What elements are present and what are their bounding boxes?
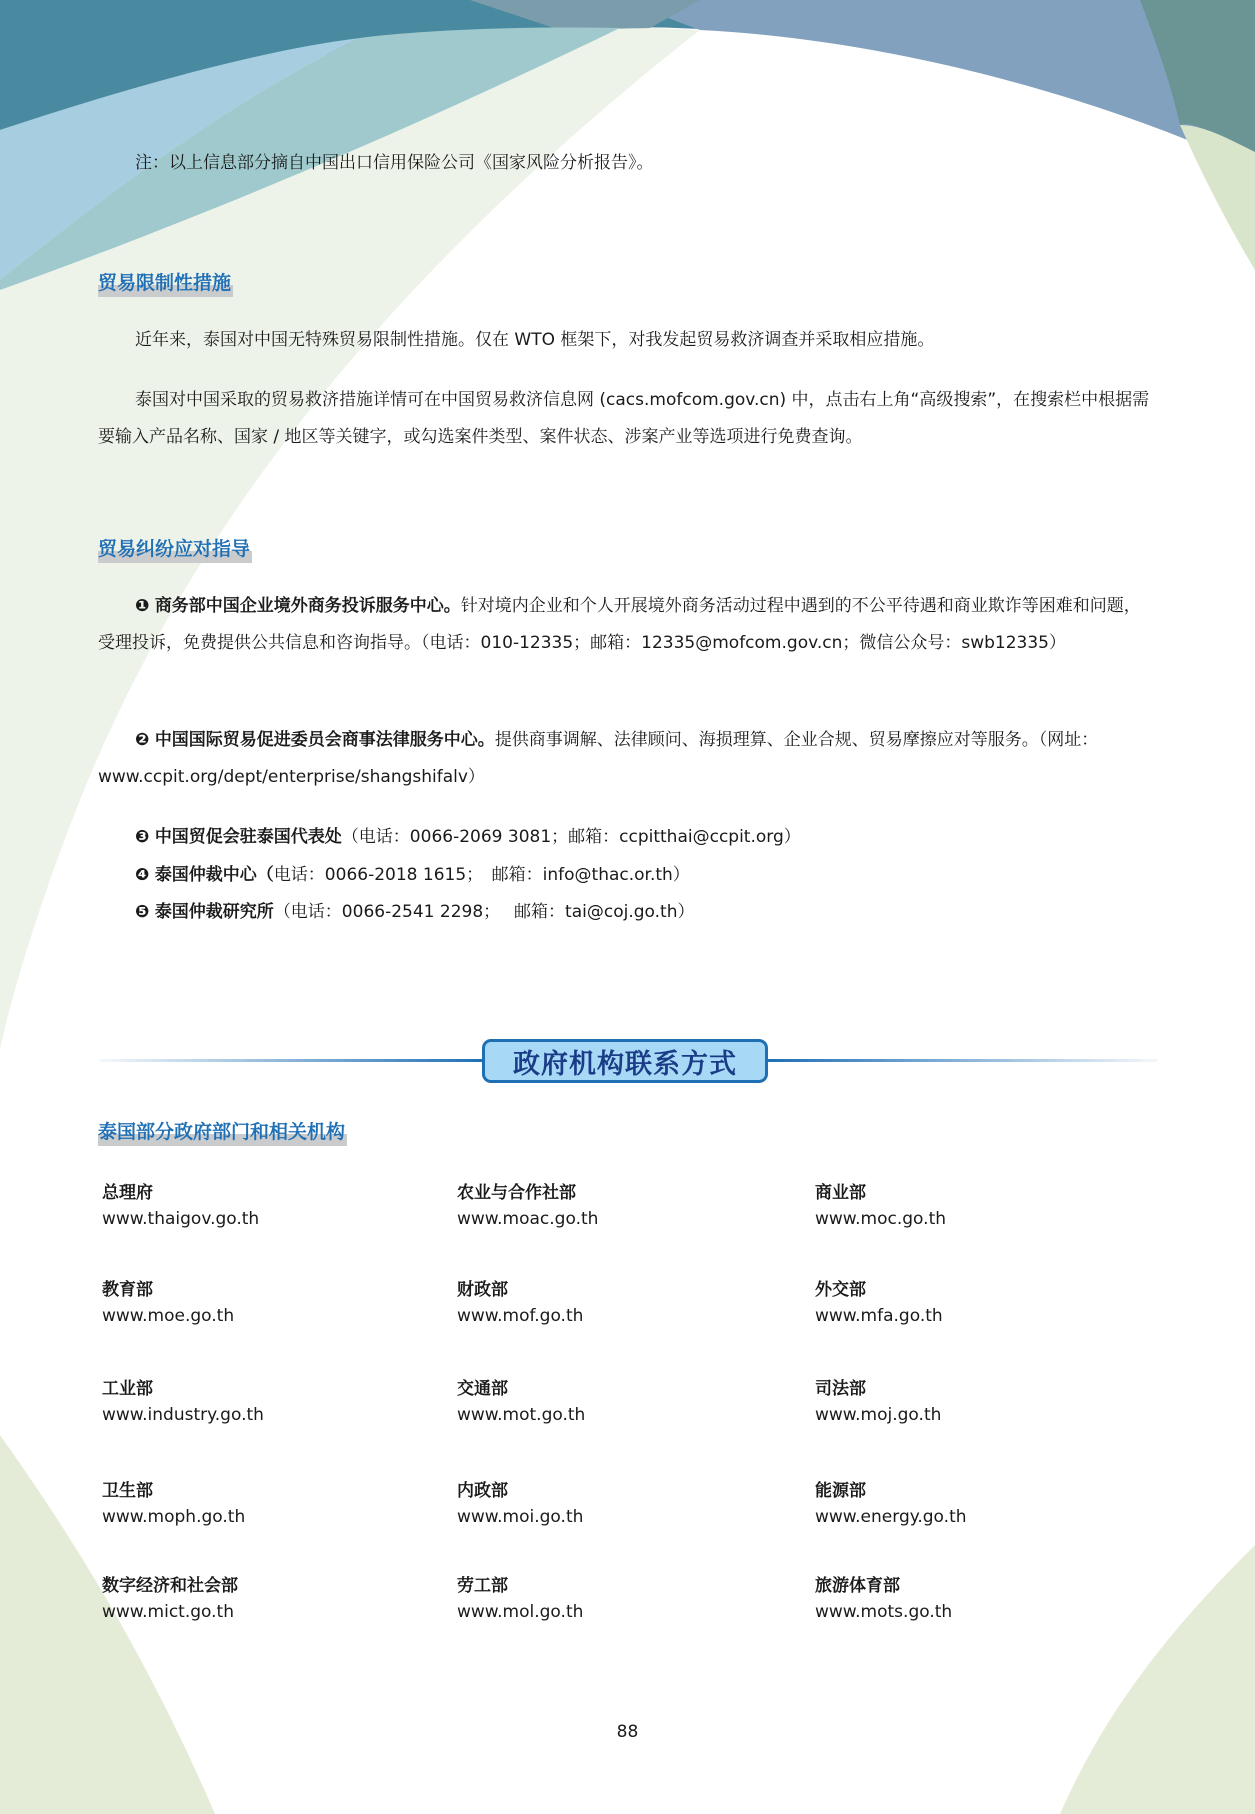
agency-item: 商业部 www.moc.go.th (815, 1180, 1155, 1232)
banner-divider-left (100, 1059, 485, 1062)
guidance-item-4-title: 泰国仲裁中心（ (155, 865, 274, 885)
item-marker-3: ❸ (135, 827, 149, 847)
item-marker-2: ❷ (135, 730, 149, 750)
agency-url[interactable]: www.mol.go.th (457, 1599, 797, 1625)
banner-divider-right (768, 1059, 1158, 1062)
agency-name: 外交部 (815, 1277, 1155, 1303)
section-heading-trade-restrictions: 贸易限制性措施 (98, 270, 233, 297)
agency-url[interactable]: www.thaigov.go.th (102, 1206, 442, 1232)
source-note: 注：以上信息部分摘自中国出口信用保险公司《国家风险分析报告》。 (135, 148, 654, 173)
agency-name: 商业部 (815, 1180, 1155, 1206)
agency-name: 旅游体育部 (815, 1573, 1155, 1599)
agency-url[interactable]: www.mots.go.th (815, 1599, 1155, 1625)
guidance-item-1: ❶ 商务部中国企业境外商务投诉服务中心。针对境内企业和个人开展境外商务活动过程中… (98, 588, 1156, 662)
guidance-item-5-text: （电话：0066-2541 2298； 邮箱：tai@coj.go.th） (274, 902, 695, 922)
page-number: 88 (0, 1722, 1255, 1742)
agency-url[interactable]: www.industry.go.th (102, 1402, 442, 1428)
agency-item: 数字经济和社会部 www.mict.go.th (102, 1573, 442, 1625)
agency-item: 司法部 www.moj.go.th (815, 1376, 1155, 1428)
agency-url[interactable]: www.mot.go.th (457, 1402, 797, 1428)
agency-url[interactable]: www.mfa.go.th (815, 1303, 1155, 1329)
agency-name: 劳工部 (457, 1573, 797, 1599)
agency-item: 教育部 www.moe.go.th (102, 1277, 442, 1329)
guidance-item-3: ❸ 中国贸促会驻泰国代表处（电话：0066-2069 3081；邮箱：ccpit… (135, 819, 801, 856)
section-heading-agencies: 泰国部分政府部门和相关机构 (98, 1119, 347, 1146)
agency-item: 工业部 www.industry.go.th (102, 1376, 442, 1428)
guidance-item-2: ❷ 中国国际贸易促进委员会商事法律服务中心。提供商事调解、法律顾问、海损理算、企… (98, 722, 1156, 796)
guidance-item-2-title: 中国国际贸易促进委员会商事法律服务中心。 (155, 730, 495, 750)
guidance-item-4: ❹ 泰国仲裁中心（电话：0066-2018 1615； 邮箱：info@thac… (135, 857, 690, 894)
agency-name: 交通部 (457, 1376, 797, 1402)
item-marker-4: ❹ (135, 865, 149, 885)
trade-restrictions-paragraph-2: 泰国对中国采取的贸易救济措施详情可在中国贸易救济信息网 (cacs.mofcom… (98, 382, 1156, 456)
agency-url[interactable]: www.energy.go.th (815, 1504, 1155, 1530)
agency-url[interactable]: www.moph.go.th (102, 1504, 442, 1530)
guidance-item-3-text: （电话：0066-2069 3081；邮箱：ccpitthai@ccpit.or… (342, 827, 801, 847)
agency-name: 数字经济和社会部 (102, 1573, 442, 1599)
agency-url[interactable]: www.moi.go.th (457, 1504, 797, 1530)
guidance-item-1-title: 商务部中国企业境外商务投诉服务中心。 (155, 596, 461, 616)
agency-item: 卫生部 www.moph.go.th (102, 1478, 442, 1530)
agency-name: 卫生部 (102, 1478, 442, 1504)
guidance-item-5: ❺ 泰国仲裁研究所（电话：0066-2541 2298； 邮箱：tai@coj.… (135, 894, 694, 931)
agency-url[interactable]: www.moc.go.th (815, 1206, 1155, 1232)
agency-url[interactable]: www.moac.go.th (457, 1206, 797, 1232)
agency-item: 总理府 www.thaigov.go.th (102, 1180, 442, 1232)
agency-name: 教育部 (102, 1277, 442, 1303)
guidance-item-3-title: 中国贸促会驻泰国代表处 (155, 827, 342, 847)
document-page: 注：以上信息部分摘自中国出口信用保险公司《国家风险分析报告》。 贸易限制性措施 … (0, 0, 1255, 1814)
agency-item: 能源部 www.energy.go.th (815, 1478, 1155, 1530)
guidance-item-5-title: 泰国仲裁研究所 (155, 902, 274, 922)
agency-item: 外交部 www.mfa.go.th (815, 1277, 1155, 1329)
agency-name: 工业部 (102, 1376, 442, 1402)
agency-name: 农业与合作社部 (457, 1180, 797, 1206)
agency-item: 劳工部 www.mol.go.th (457, 1573, 797, 1625)
guidance-item-4-text: 电话：0066-2018 1615； 邮箱：info@thac.or.th） (274, 865, 690, 885)
item-marker-1: ❶ (135, 596, 149, 616)
agency-item: 财政部 www.mof.go.th (457, 1277, 797, 1329)
agency-item: 旅游体育部 www.mots.go.th (815, 1573, 1155, 1625)
agency-name: 司法部 (815, 1376, 1155, 1402)
agency-item: 内政部 www.moi.go.th (457, 1478, 797, 1530)
agency-url[interactable]: www.mof.go.th (457, 1303, 797, 1329)
agency-name: 能源部 (815, 1478, 1155, 1504)
agency-url[interactable]: www.moe.go.th (102, 1303, 442, 1329)
agency-item: 交通部 www.mot.go.th (457, 1376, 797, 1428)
agency-name: 财政部 (457, 1277, 797, 1303)
section-banner-government-contacts: 政府机构联系方式 (482, 1039, 768, 1083)
agency-name: 内政部 (457, 1478, 797, 1504)
agency-url[interactable]: www.moj.go.th (815, 1402, 1155, 1428)
agency-item: 农业与合作社部 www.moac.go.th (457, 1180, 797, 1232)
agency-name: 总理府 (102, 1180, 442, 1206)
agency-url[interactable]: www.mict.go.th (102, 1599, 442, 1625)
section-heading-dispute-guidance: 贸易纠纷应对指导 (98, 536, 252, 563)
trade-restrictions-paragraph-1: 近年来，泰国对中国无特殊贸易限制性措施。仅在 WTO 框架下，对我发起贸易救济调… (98, 322, 1156, 359)
item-marker-5: ❺ (135, 902, 149, 922)
